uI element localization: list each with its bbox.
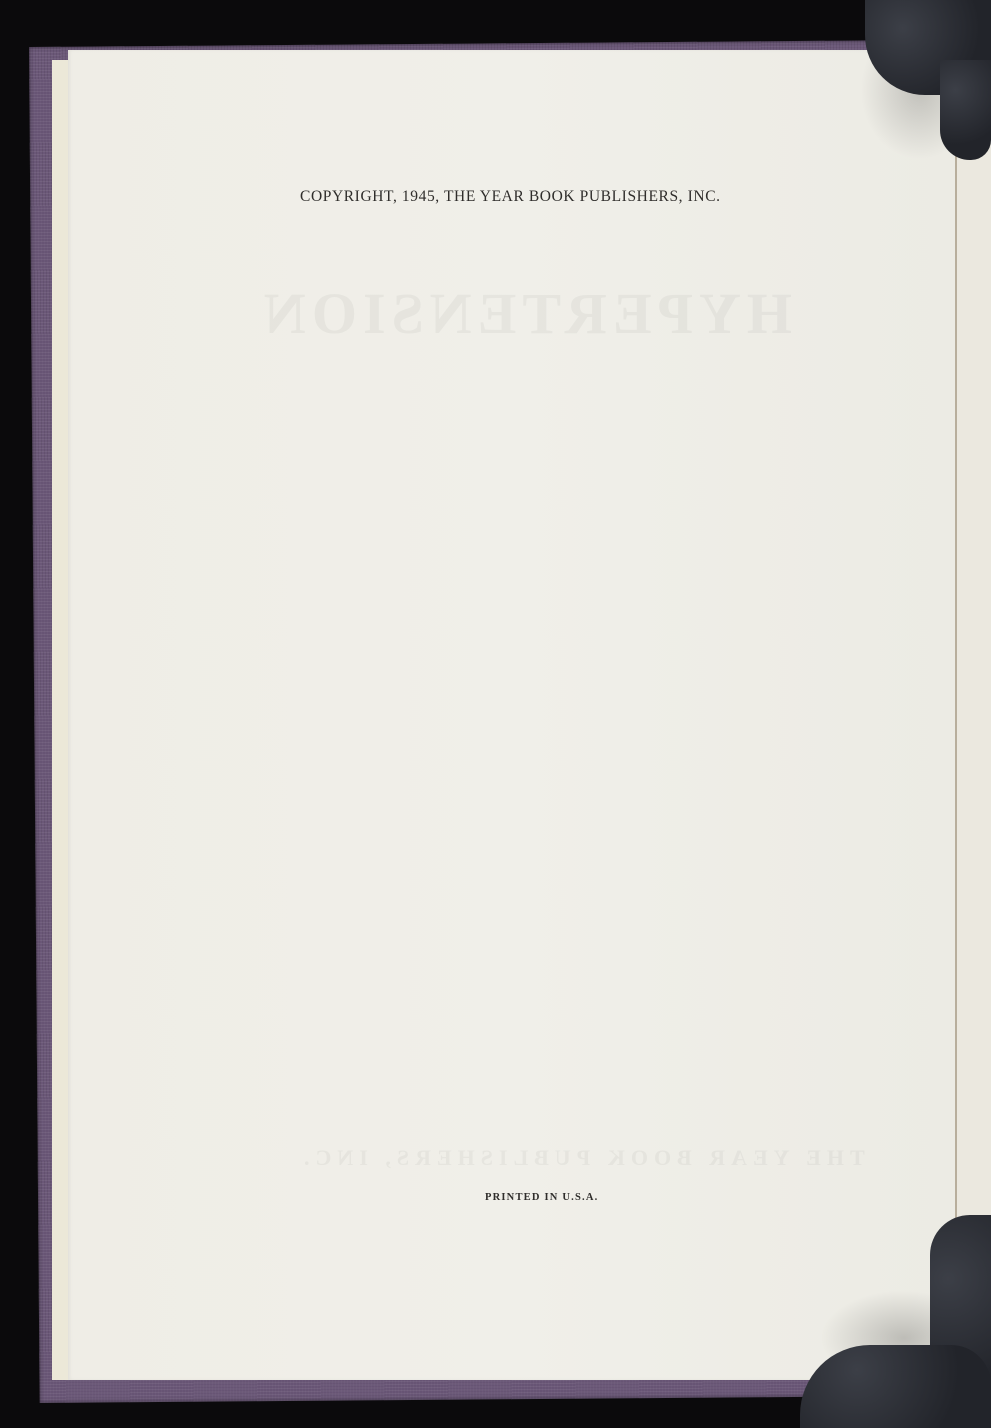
book-page: HYPERTENSION THE YEAR BOOK PUBLISHERS, I… — [68, 50, 958, 1380]
next-page-edge — [957, 80, 991, 1220]
page-gutter-line — [955, 80, 957, 1220]
printed-in-notice: PRINTED IN U.S.A. — [485, 1192, 598, 1203]
show-through-publisher: THE YEAR BOOK PUBLISHERS, INC. — [298, 1145, 865, 1171]
copyright-notice: COPYRIGHT, 1945, THE YEAR BOOK PUBLISHER… — [300, 188, 800, 206]
show-through-title: HYPERTENSION — [258, 280, 792, 347]
gloved-finger-bottom — [800, 1345, 991, 1428]
gloved-finger-top-right — [940, 60, 991, 160]
